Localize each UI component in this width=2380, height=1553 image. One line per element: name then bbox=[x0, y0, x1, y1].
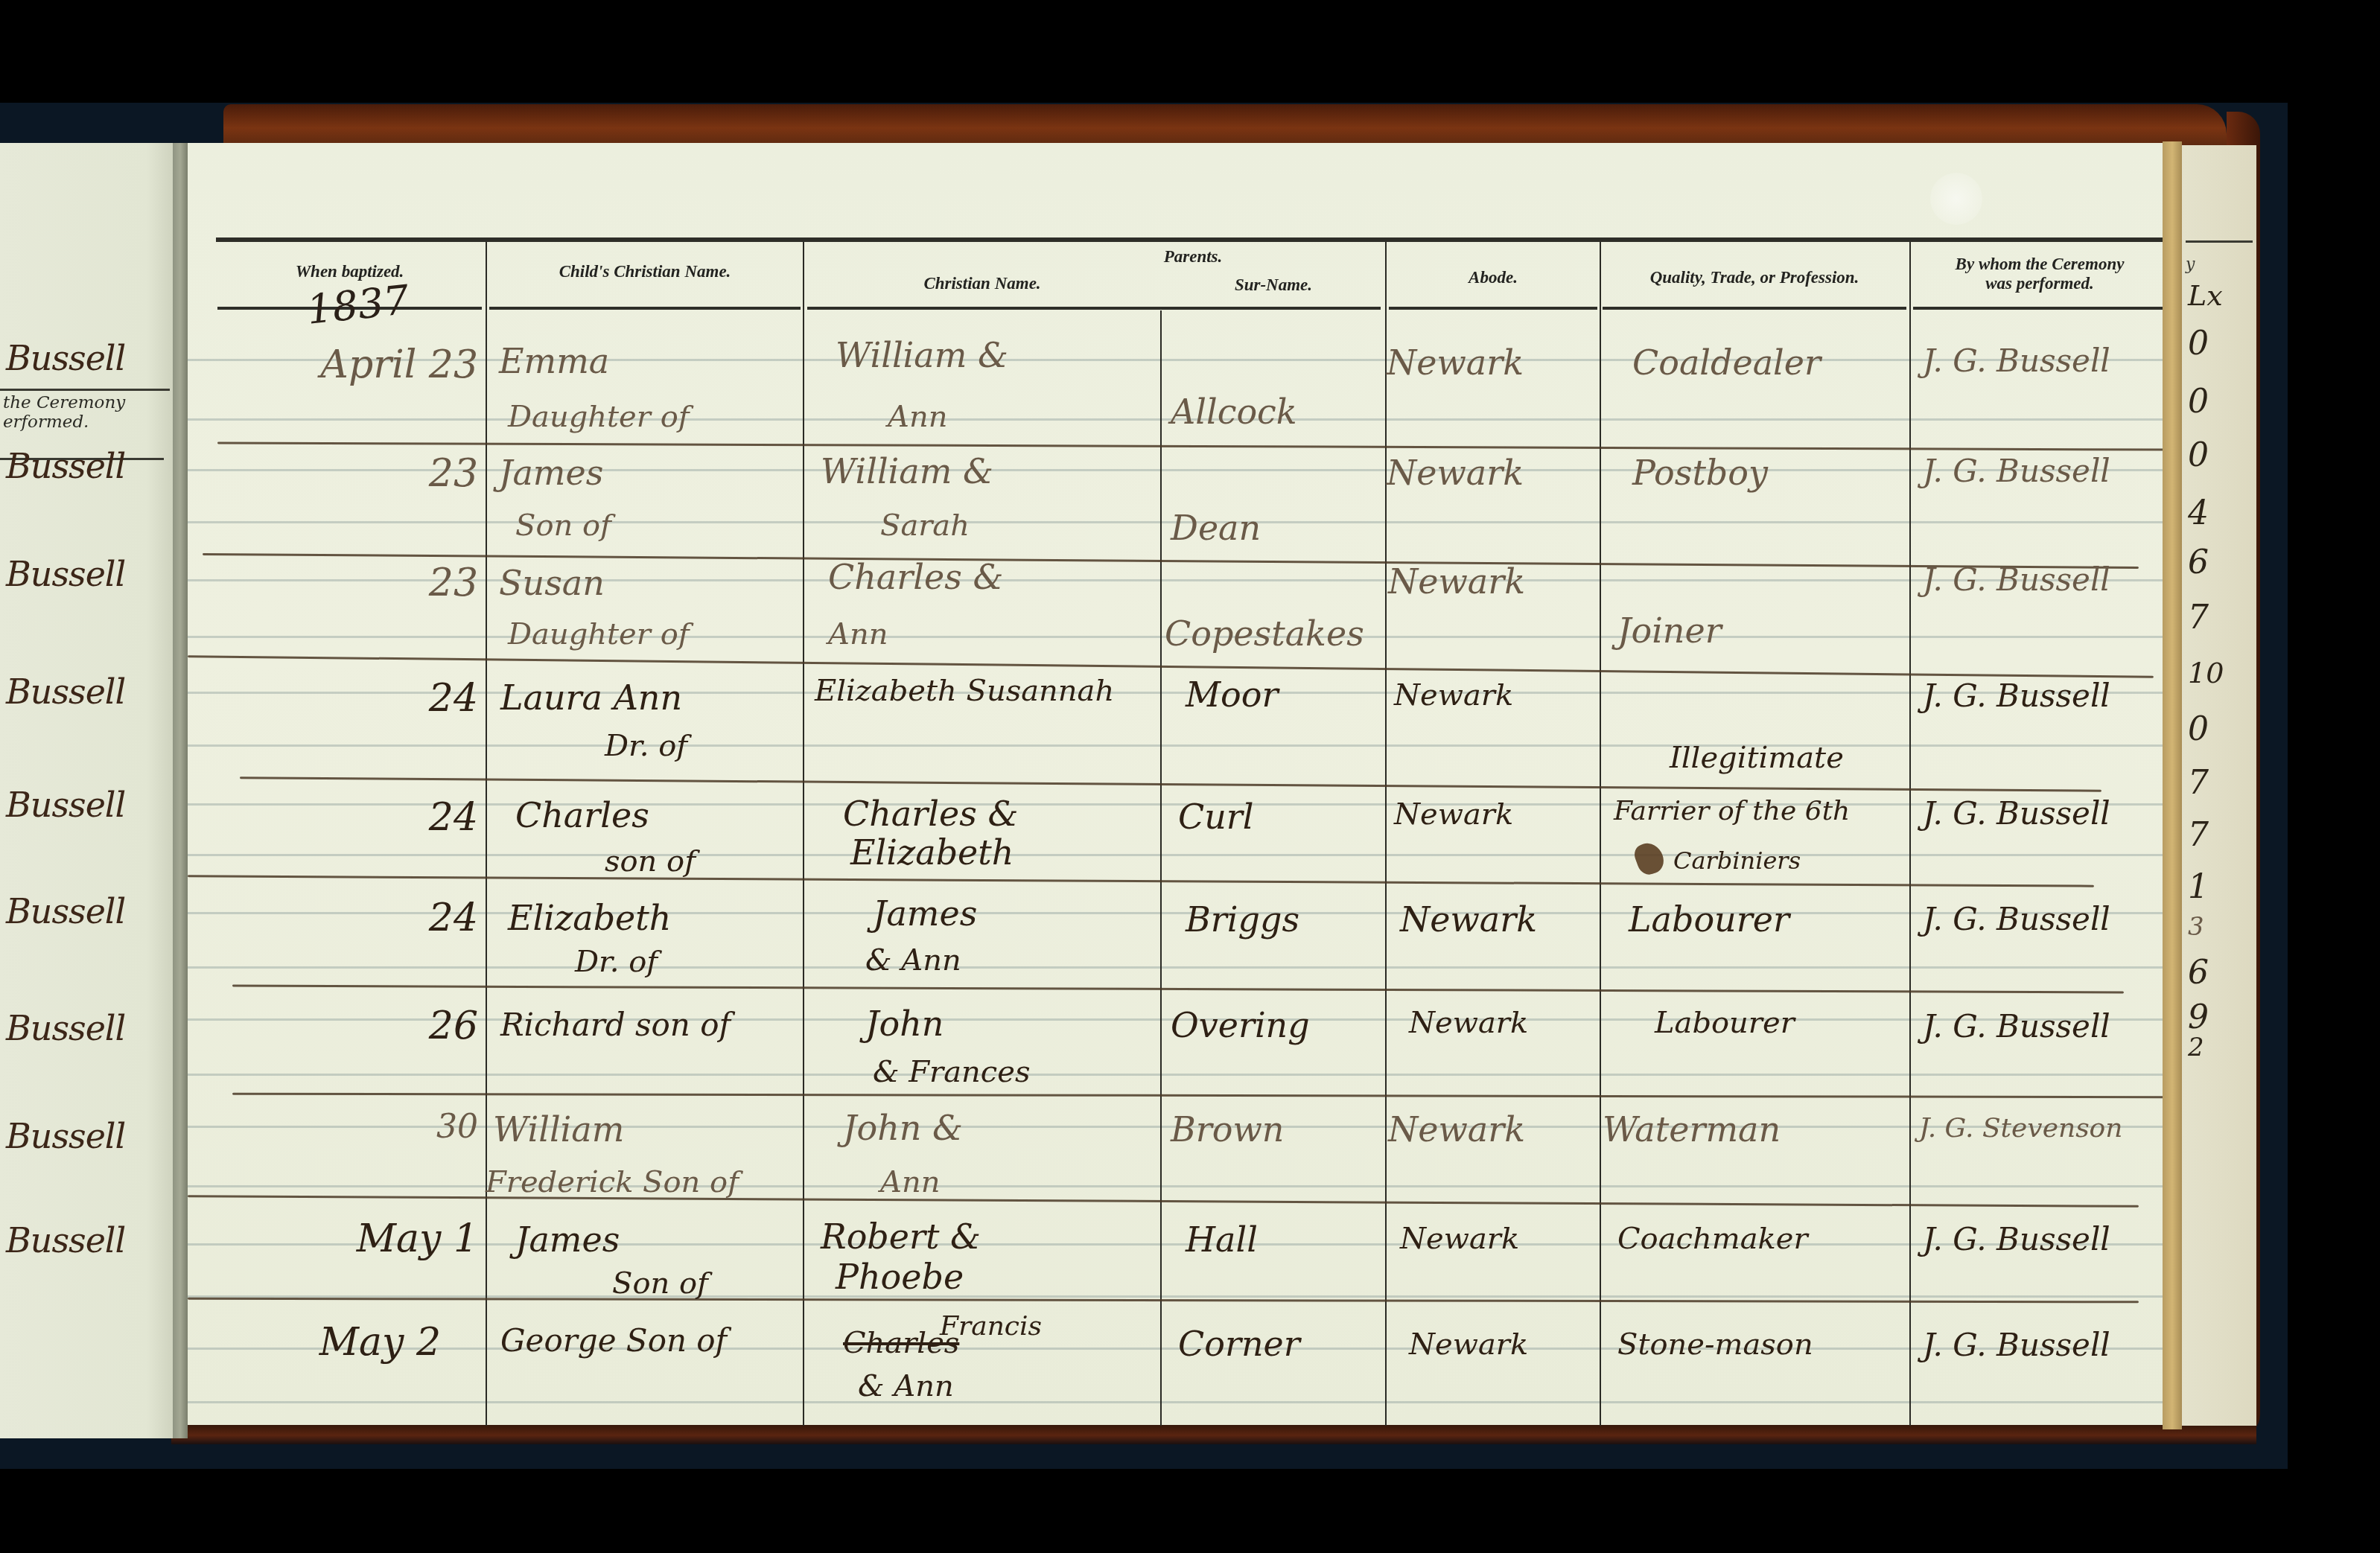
entry-surname: Brown bbox=[1171, 1112, 1285, 1147]
entry-relation: Son of bbox=[612, 1269, 708, 1298]
entry-child-name: Elizabeth bbox=[508, 901, 671, 935]
entry-surname: Moor bbox=[1186, 677, 1278, 712]
entry-abode: Newark bbox=[1388, 1112, 1525, 1147]
entry-date: May 1 bbox=[232, 1219, 478, 1258]
column-divider bbox=[1160, 310, 1162, 1426]
entry-abode: Newark bbox=[1409, 1330, 1528, 1359]
margin-number: 1 bbox=[2188, 871, 2240, 904]
margin-number: 7 bbox=[2188, 767, 2240, 800]
margin-number: 10 bbox=[2188, 659, 2240, 687]
leather-bottom-edge bbox=[171, 1422, 2256, 1444]
entry-officiant: J. G. Bussell bbox=[1923, 456, 2110, 487]
entry-officiant: J. G. Bussell bbox=[1923, 680, 2110, 712]
entry-separator bbox=[188, 875, 2094, 887]
entry-relation: Dr. of bbox=[605, 731, 687, 761]
margin-number: 0 bbox=[2188, 713, 2240, 746]
entry-trade: Stone-mason bbox=[1617, 1330, 1813, 1359]
entry-parents-line-1: Elizabeth Susannah bbox=[815, 676, 1114, 706]
entry-relation: son of bbox=[605, 846, 696, 876]
entry-relation: Frederick Son of bbox=[486, 1167, 739, 1197]
entry-child-name: William bbox=[493, 1112, 624, 1147]
margin-number: 2 bbox=[2188, 1035, 2240, 1060]
entry-parents-line-2: & Ann bbox=[858, 1371, 954, 1401]
header-rule bbox=[1389, 307, 1597, 310]
entry-surname: Dean bbox=[1171, 511, 1261, 545]
entry-date: 23 bbox=[232, 454, 478, 493]
header-rule bbox=[807, 307, 1381, 310]
entry-date: 30 bbox=[232, 1111, 478, 1144]
entry-parents-line-2: Ann bbox=[880, 1167, 940, 1197]
entry-separator bbox=[188, 1298, 2139, 1304]
header-parent-christian-name: Christian Name. bbox=[807, 274, 1157, 293]
entry-separator bbox=[217, 441, 2169, 450]
left-page-top-rule bbox=[0, 389, 170, 391]
left-signature: Bussell bbox=[0, 554, 168, 594]
entry-child-name: Charles bbox=[515, 798, 649, 832]
entry-relation: Daughter of bbox=[508, 619, 690, 649]
left-signature: Bussell bbox=[0, 1220, 168, 1260]
entry-parents-line-1: William & bbox=[836, 338, 1008, 372]
header-when-baptized: When baptized. bbox=[217, 262, 482, 281]
entry-trade: Labourer bbox=[1629, 902, 1789, 937]
entry-officiant: J. G. Bussell bbox=[1923, 564, 2110, 596]
entry-parents-line-2: Ann bbox=[828, 619, 888, 649]
entry-child-name: Emma bbox=[499, 344, 609, 378]
entry-parents-line-1: John bbox=[865, 1007, 944, 1041]
left-signature: Bussell bbox=[0, 891, 168, 931]
entry-date: 23 bbox=[232, 564, 478, 602]
left-page: the Ceremony erformed. Bussell Bussell B… bbox=[0, 143, 173, 1438]
entry-abode: Newark bbox=[1400, 902, 1537, 937]
margin-number: Lx bbox=[2188, 281, 2240, 310]
header-abode: Abode. bbox=[1389, 268, 1597, 287]
entry-parents-line-1: John & bbox=[843, 1111, 963, 1145]
header-parents: Parents. bbox=[1081, 247, 1305, 267]
header-trade: Quality, Trade, or Profession. bbox=[1603, 268, 1906, 287]
entry-relation: Son of bbox=[515, 511, 611, 540]
column-divider bbox=[486, 242, 487, 1426]
entry-surname: Allcock bbox=[1171, 395, 1297, 429]
entry-parents-line-2: Phoebe bbox=[836, 1260, 964, 1294]
entry-abode: Newark bbox=[1394, 680, 1513, 710]
entry-surname: Hall bbox=[1186, 1222, 1258, 1257]
margin-number: 7 bbox=[2188, 602, 2240, 634]
entry-trade: Coachmaker bbox=[1617, 1224, 1808, 1254]
column-divider bbox=[1600, 242, 1601, 1426]
entry-separator bbox=[240, 776, 2101, 791]
entry-abode: Newark bbox=[1387, 345, 1524, 380]
left-signature: Bussell bbox=[0, 446, 168, 486]
entry-officiant: J. G. Bussell bbox=[1923, 1224, 2110, 1255]
header-parent-surname: Sur-Name. bbox=[1163, 275, 1384, 295]
entry-child-name: James bbox=[515, 1222, 620, 1257]
entry-date: 24 bbox=[232, 899, 478, 937]
column-divider bbox=[1385, 242, 1387, 1426]
entry-trade: Waterman bbox=[1603, 1112, 1781, 1147]
entry-relation: Dr. of bbox=[575, 947, 658, 977]
entry-parents-line-1: James bbox=[873, 896, 977, 931]
entry-abode: Newark bbox=[1387, 456, 1524, 490]
register-page: When baptized. Child's Christian Name. P… bbox=[188, 143, 2177, 1425]
entry-parents-line-1: William & bbox=[821, 454, 993, 488]
left-signature: Bussell bbox=[0, 672, 168, 712]
entry-separator bbox=[188, 655, 2154, 678]
entry-date: 26 bbox=[232, 1007, 478, 1045]
header-rule bbox=[1603, 307, 1906, 310]
entry-surname: Curl bbox=[1178, 800, 1254, 834]
margin-number: 7 bbox=[2188, 819, 2240, 852]
entry-parents-line-2: Ann bbox=[888, 402, 947, 432]
left-signature: Bussell bbox=[0, 1008, 168, 1048]
entry-abode: Newark bbox=[1394, 800, 1513, 829]
header-rule bbox=[1913, 307, 2166, 310]
book-gutter bbox=[173, 143, 188, 1438]
entry-officiant: J. G. Bussell bbox=[1923, 904, 2110, 935]
margin-number: 0 bbox=[2188, 328, 2240, 360]
entry-parents-line-2: Sarah bbox=[880, 511, 970, 540]
entry-separator bbox=[203, 553, 2139, 569]
entry-officiant: J. G. Bussell bbox=[1923, 345, 2110, 377]
entry-child-name: Laura Ann bbox=[500, 680, 682, 715]
paper-stain bbox=[1930, 173, 1982, 225]
entry-surname: Overing bbox=[1171, 1008, 1310, 1042]
header-top-rule bbox=[216, 237, 2182, 242]
entry-trade: Postboy bbox=[1632, 456, 1768, 490]
entry-trade: Joiner bbox=[1617, 613, 1722, 648]
column-divider bbox=[803, 242, 804, 1426]
entry-abode: Newark bbox=[1388, 564, 1525, 599]
entry-trade: Labourer bbox=[1655, 1008, 1795, 1038]
page-fold bbox=[2163, 141, 2182, 1429]
margin-number: 6 bbox=[2188, 957, 2240, 989]
margin-number: 4 bbox=[2188, 497, 2240, 530]
left-signature: Bussell bbox=[0, 785, 168, 825]
margin-number: 9 bbox=[2188, 1001, 2240, 1034]
entry-trade: Coaldealer bbox=[1632, 345, 1821, 380]
entry-child-name: George Son of bbox=[500, 1325, 727, 1356]
entry-abode: Newark bbox=[1409, 1008, 1528, 1038]
entry-officiant: J. G. Bussell bbox=[1923, 798, 2110, 829]
entry-parents-line-1: Charles & bbox=[828, 560, 1003, 594]
header-officiant-line-1: By whom the Ceremony bbox=[1913, 255, 2166, 274]
entry-separator bbox=[188, 1195, 2139, 1208]
entry-trade: Illegitimate bbox=[1670, 743, 1844, 773]
entry-separator bbox=[232, 1093, 2169, 1099]
register-year: 1837 bbox=[305, 276, 411, 334]
entry-separator bbox=[232, 985, 2124, 994]
left-signature: Bussell bbox=[0, 338, 168, 378]
margin-header-rule bbox=[2186, 240, 2253, 243]
entry-parents-line-1: Robert & bbox=[821, 1219, 981, 1254]
entry-abode: Newark bbox=[1400, 1224, 1519, 1254]
margin-header-fragment: y bbox=[2186, 255, 2195, 274]
ink-blot bbox=[1632, 839, 1667, 878]
entry-trade-line-2: Carbiniers bbox=[1673, 849, 1801, 873]
entry-relation: Daughter of bbox=[508, 402, 690, 432]
margin-number: 0 bbox=[2188, 386, 2240, 418]
entry-officiant: J. G. Stevenson bbox=[1919, 1115, 2122, 1142]
left-signature: Bussell bbox=[0, 1116, 168, 1156]
entry-child-name: James bbox=[499, 456, 603, 490]
entry-surname: Corner bbox=[1178, 1327, 1300, 1361]
entry-parents-line-2: & Ann bbox=[865, 945, 961, 975]
header-child-name: Child's Christian Name. bbox=[489, 262, 801, 281]
entry-date: 24 bbox=[232, 798, 478, 837]
entry-child-name: Susan bbox=[499, 566, 605, 600]
column-divider bbox=[1909, 242, 1911, 1426]
entry-parents-line-2: Elizabeth bbox=[850, 835, 1014, 870]
margin-number: 3 bbox=[2188, 914, 2240, 940]
entry-child-name: Richard son of bbox=[500, 1010, 731, 1041]
entry-parents-line-2: & Frances bbox=[873, 1057, 1030, 1087]
entry-parents-correction: Francis bbox=[940, 1313, 1042, 1340]
left-header-line-1: the Ceremony bbox=[3, 393, 168, 412]
left-header-line-2: erformed. bbox=[3, 412, 168, 432]
entry-surname: Copestakes bbox=[1165, 616, 1364, 651]
entry-date: April 23 bbox=[232, 345, 478, 384]
margin-number: 0 bbox=[2188, 439, 2240, 472]
entry-surname: Briggs bbox=[1186, 902, 1299, 937]
header-rule bbox=[489, 307, 801, 310]
header-officiant: By whom the Ceremony was performed. bbox=[1913, 255, 2166, 293]
entry-trade: Farrier of the 6th bbox=[1614, 798, 1850, 825]
left-page-header: the Ceremony erformed. bbox=[0, 393, 168, 432]
entry-date: 24 bbox=[232, 679, 478, 718]
entry-officiant: J. G. Bussell bbox=[1923, 1330, 2110, 1361]
entry-parents-line-1: Charles & bbox=[843, 797, 1018, 831]
header-officiant-line-2: was performed. bbox=[1913, 274, 2166, 293]
leather-top-edge bbox=[223, 104, 2227, 147]
entry-date: May 2 bbox=[217, 1323, 441, 1362]
margin-number: 6 bbox=[2188, 546, 2240, 579]
entry-officiant: J. G. Bussell bbox=[1923, 1011, 2110, 1042]
